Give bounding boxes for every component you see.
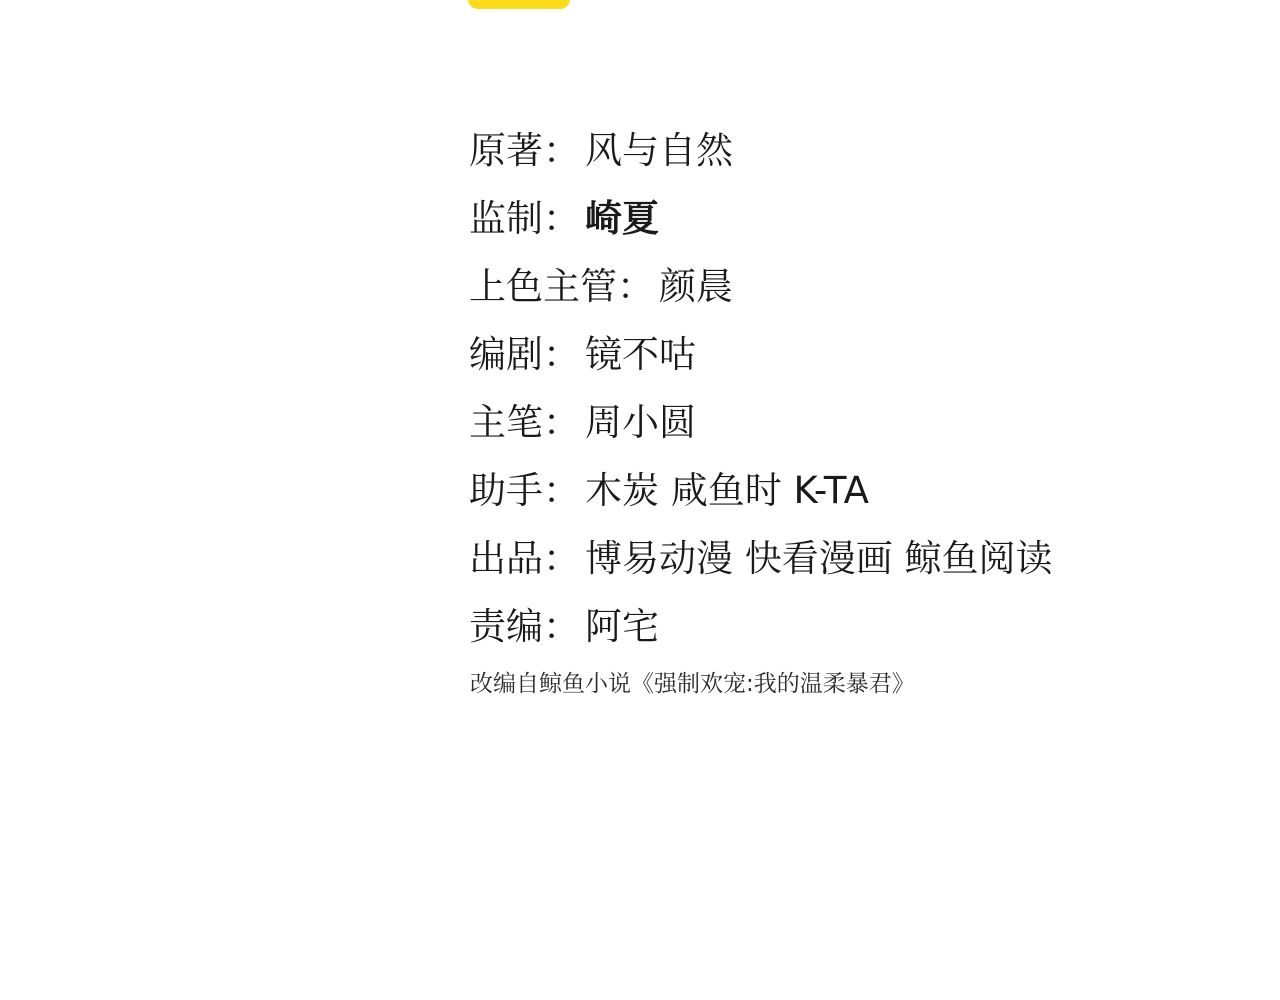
credit-row-supervisor: 监制：崎夏 xyxy=(469,184,1053,252)
credit-separator: ： xyxy=(617,268,659,305)
credit-role: 出品 xyxy=(469,540,543,577)
credits-list: 原著：风与自然 监制：崎夏 上色主管：颜晨 编剧：镜不咕 主笔：周小圆 助手：木… xyxy=(469,116,1053,660)
credit-separator: ： xyxy=(543,608,585,645)
credit-role: 原著 xyxy=(469,132,543,169)
credit-row-editor: 责编：阿宅 xyxy=(469,592,1053,660)
credit-row-original-author: 原著：风与自然 xyxy=(469,116,1053,184)
credit-row-producers: 出品：博易动漫 快看漫画 鲸鱼阅读 xyxy=(469,524,1053,592)
credit-separator: ： xyxy=(543,472,585,509)
credit-separator: ： xyxy=(543,336,585,373)
credit-row-screenwriter: 编剧：镜不咕 xyxy=(469,320,1053,388)
credit-role: 上色主管 xyxy=(469,268,617,305)
credit-row-lead-artist: 主笔：周小圆 xyxy=(469,388,1053,456)
credit-role: 助手 xyxy=(469,472,543,509)
credit-separator: ： xyxy=(543,540,585,577)
credit-separator: ： xyxy=(543,200,585,237)
credit-role: 责编 xyxy=(469,608,543,645)
credit-role: 编剧 xyxy=(469,336,543,373)
credit-name: 木炭 咸鱼时 K-TA xyxy=(585,472,869,509)
credit-name: 阿宅 xyxy=(585,608,659,645)
credit-separator: ： xyxy=(543,132,585,169)
credit-name: 周小圆 xyxy=(585,404,696,441)
credit-name: 颜晨 xyxy=(659,268,733,305)
credit-separator: ： xyxy=(543,404,585,441)
credit-name: 镜不咕 xyxy=(585,336,696,373)
credit-role: 主笔 xyxy=(469,404,543,441)
credit-name: 博易动漫 快看漫画 鲸鱼阅读 xyxy=(585,540,1053,577)
credit-name: 风与自然 xyxy=(585,132,733,169)
adaptation-source-note: 改编自鲸鱼小说《强制欢宠:我的温柔暴君》 xyxy=(470,665,915,698)
top-yellow-tab xyxy=(468,0,570,9)
credit-role: 监制 xyxy=(469,200,543,237)
credit-name: 崎夏 xyxy=(585,200,659,237)
credit-row-coloring-lead: 上色主管：颜晨 xyxy=(469,252,1053,320)
credit-row-assistants: 助手：木炭 咸鱼时 K-TA xyxy=(469,456,1053,524)
